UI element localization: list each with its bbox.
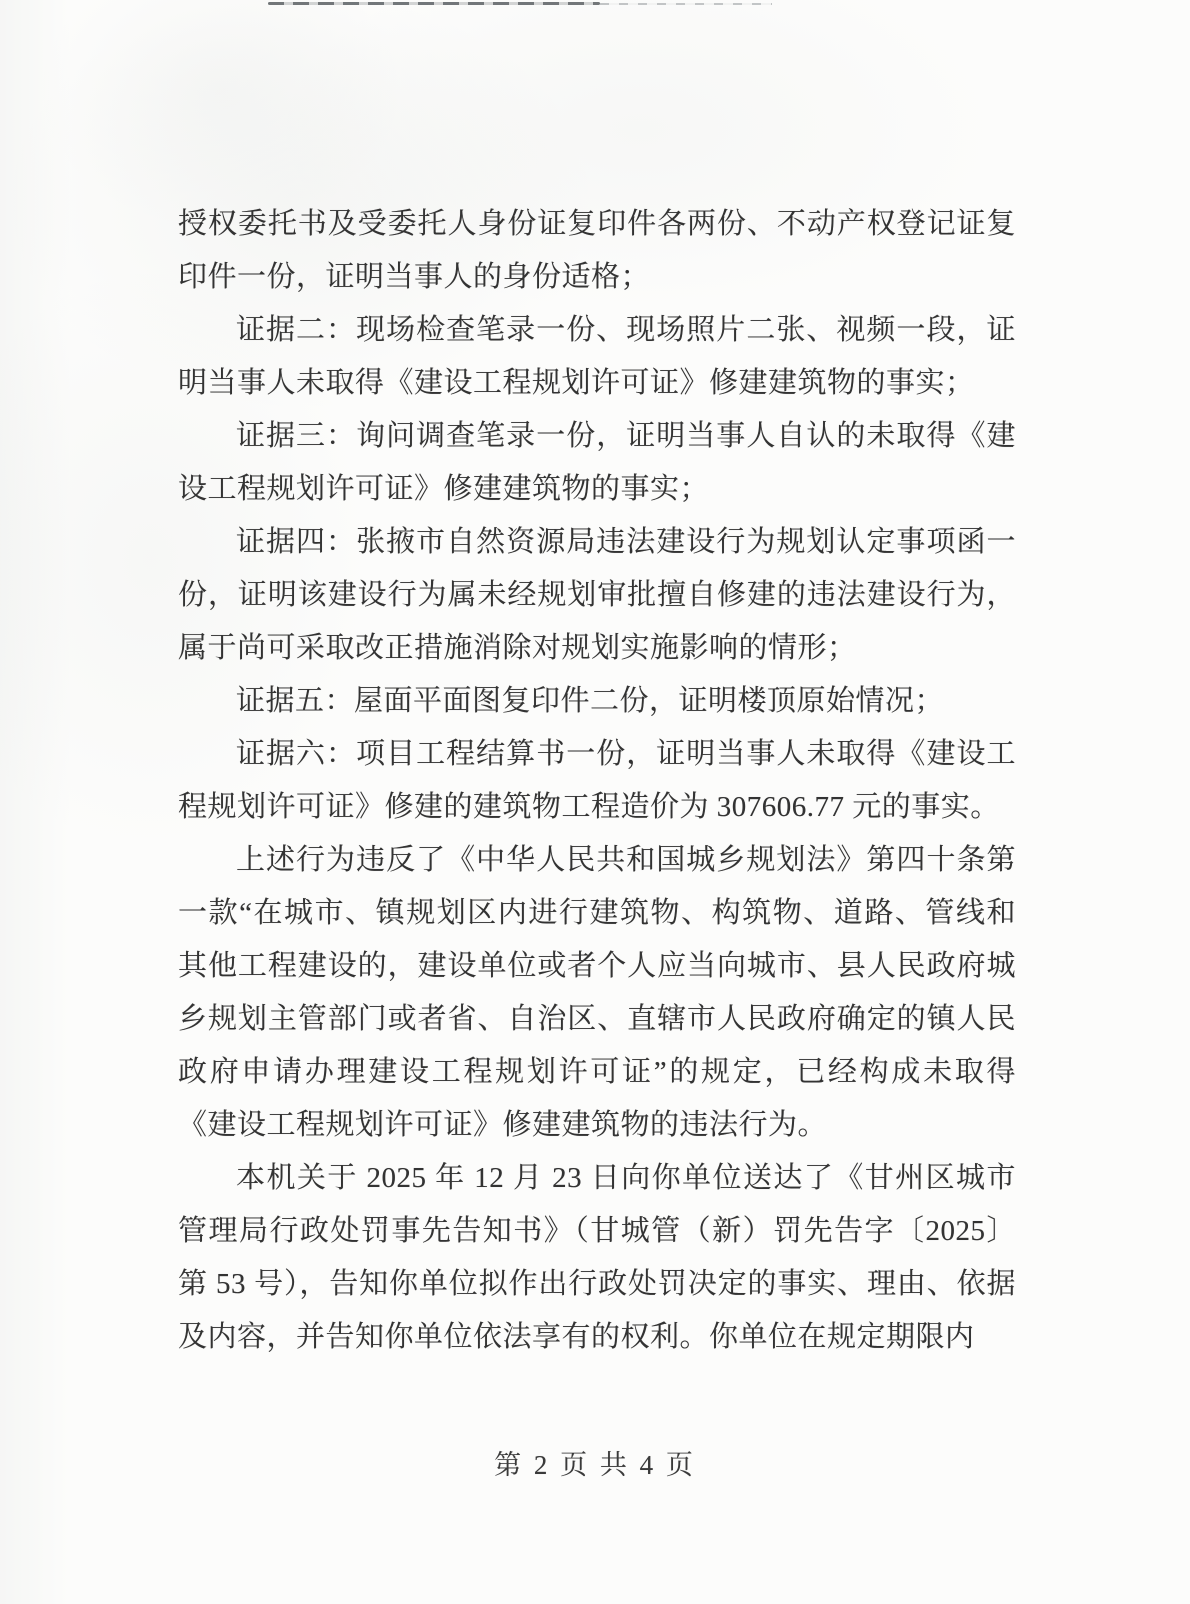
paragraph: 证据四：张掖市自然资源局违法建设行为规划认定事项函一份，证明该建设行为属未经规划… (178, 516, 1016, 675)
page-number-footer: 第 2 页 共 4 页 (0, 1443, 1190, 1482)
paragraph: 授权委托书及受委托人身份证复印件各两份、不动产权登记证复印件一份，证明当事人的身… (178, 198, 1016, 304)
document-body: 授权委托书及受委托人身份证复印件各两份、不动产权登记证复印件一份，证明当事人的身… (178, 198, 1016, 1364)
scan-artifact-line (268, 2, 600, 5)
scan-artifact-line-faded (600, 3, 772, 5)
paragraph: 本机关于 2025 年 12 月 23 日向你单位送达了《甘州区城市管理局行政处… (178, 1152, 1016, 1364)
paragraph: 证据五：屋面平面图复印件二份，证明楼顶原始情况； (178, 675, 1016, 728)
paragraph: 证据二：现场检查笔录一份、现场照片二张、视频一段，证明当事人未取得《建设工程规划… (178, 304, 1016, 410)
paragraph: 证据六：项目工程结算书一份，证明当事人未取得《建设工程规划许可证》修建的建筑物工… (178, 728, 1016, 834)
scanned-page: 授权委托书及受委托人身份证复印件各两份、不动产权登记证复印件一份，证明当事人的身… (0, 0, 1190, 1604)
paragraph: 证据三：询问调查笔录一份，证明当事人自认的未取得《建设工程规划许可证》修建建筑物… (178, 410, 1016, 516)
paragraph: 上述行为违反了《中华人民共和国城乡规划法》第四十条第一款“在城市、镇规划区内进行… (178, 834, 1016, 1152)
